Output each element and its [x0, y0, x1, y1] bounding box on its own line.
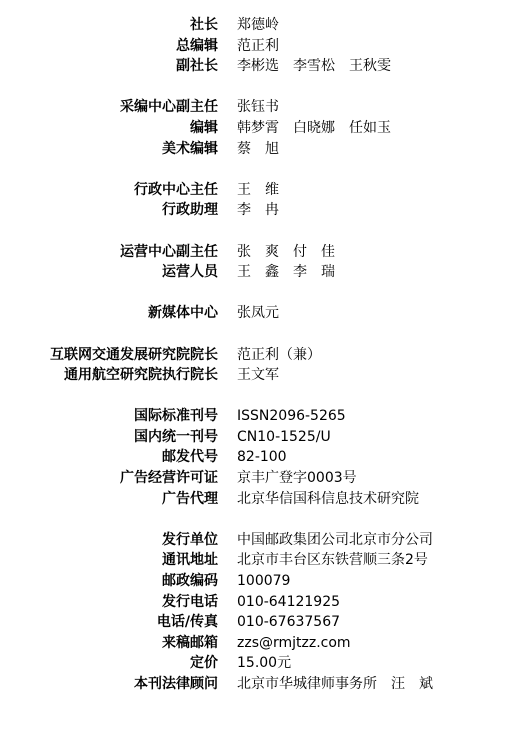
- field-label: 定价: [0, 653, 218, 674]
- field-label: 广告代理: [0, 489, 218, 510]
- leadership-section: 社长 郑德岭 总编辑 范正利 副社长 李彬选 李雪松 王秋雯: [0, 15, 527, 77]
- field-label: 编辑: [0, 118, 218, 139]
- admin-center-section: 行政中心主任 王 维 行政助理 李 冉: [0, 180, 527, 221]
- field-value: 范正利（兼）: [237, 345, 321, 366]
- field-label: 采编中心副主任: [0, 97, 218, 118]
- field-value: 15.00元: [237, 653, 291, 674]
- field-label: 发行电话: [0, 592, 218, 613]
- masthead-row: 运营中心副主任 张 爽 付 佳: [0, 242, 527, 263]
- field-value: 010-64121925: [237, 592, 340, 613]
- field-value: 郑德岭: [237, 15, 279, 36]
- field-value: 中国邮政集团公司北京市分公司: [237, 530, 433, 551]
- institutes-section: 互联网交通发展研究院院长 范正利（兼） 通用航空研究院执行院长 王文军: [0, 345, 527, 386]
- editorial-center-section: 采编中心副主任 张钰书 编辑 韩梦霄 白晓娜 任如玉 美术编辑 蔡 旭: [0, 97, 527, 159]
- field-value: 100079: [237, 571, 290, 592]
- field-value: 王文军: [237, 365, 279, 386]
- field-value: 82-100: [237, 447, 287, 468]
- field-label: 通用航空研究院执行院长: [0, 365, 218, 386]
- field-label: 总编辑: [0, 36, 218, 57]
- masthead-row: 国际标准刊号 ISSN2096-5265: [0, 406, 527, 427]
- masthead-row: 本刊法律顾问 北京市华城律师事务所 汪 斌: [0, 674, 527, 695]
- field-label: 社长: [0, 15, 218, 36]
- masthead-row: 国内统一刊号 CN10-1525/U: [0, 427, 527, 448]
- masthead-row: 广告经营许可证 京丰广登字0003号: [0, 468, 527, 489]
- field-label: 邮发代号: [0, 447, 218, 468]
- field-value: 王 鑫 李 瑞: [237, 262, 335, 283]
- field-value: 张 爽 付 佳: [237, 242, 335, 263]
- field-value: 张钰书: [237, 97, 279, 118]
- field-label: 发行单位: [0, 530, 218, 551]
- masthead-row: 总编辑 范正利: [0, 36, 527, 57]
- field-label: 广告经营许可证: [0, 468, 218, 489]
- publication-numbers-section: 国际标准刊号 ISSN2096-5265 国内统一刊号 CN10-1525/U …: [0, 406, 527, 509]
- operations-center-section: 运营中心副主任 张 爽 付 佳 运营人员 王 鑫 李 瑞: [0, 242, 527, 283]
- masthead-row: 发行电话 010-64121925: [0, 592, 527, 613]
- masthead-row: 来稿邮箱 zzs@rmjtzz.com: [0, 633, 527, 654]
- field-label: 行政助理: [0, 200, 218, 221]
- field-value: 张凤元: [237, 303, 279, 324]
- masthead-row: 副社长 李彬选 李雪松 王秋雯: [0, 56, 527, 77]
- masthead-row: 编辑 韩梦霄 白晓娜 任如玉: [0, 118, 527, 139]
- masthead-row: 行政助理 李 冉: [0, 200, 527, 221]
- field-label: 行政中心主任: [0, 180, 218, 201]
- field-label: 本刊法律顾问: [0, 674, 218, 695]
- field-value: ISSN2096-5265: [237, 406, 346, 427]
- field-value: 北京市丰台区东铁营顺三条2号: [237, 550, 428, 571]
- masthead-row: 行政中心主任 王 维: [0, 180, 527, 201]
- masthead-row: 邮发代号 82-100: [0, 447, 527, 468]
- field-value: zzs@rmjtzz.com: [237, 633, 351, 654]
- field-label: 国内统一刊号: [0, 427, 218, 448]
- masthead-row: 通讯地址 北京市丰台区东铁营顺三条2号: [0, 550, 527, 571]
- masthead-row: 电话/传真 010-67637567: [0, 612, 527, 633]
- field-value: CN10-1525/U: [237, 427, 331, 448]
- field-value: 李彬选 李雪松 王秋雯: [237, 56, 391, 77]
- field-label: 互联网交通发展研究院院长: [0, 345, 218, 366]
- field-label: 运营人员: [0, 262, 218, 283]
- masthead-row: 运营人员 王 鑫 李 瑞: [0, 262, 527, 283]
- field-value: 北京华信国科信息技术研究院: [237, 489, 419, 510]
- masthead-row: 发行单位 中国邮政集团公司北京市分公司: [0, 530, 527, 551]
- masthead-row: 定价 15.00元: [0, 653, 527, 674]
- field-value: 韩梦霄 白晓娜 任如玉: [237, 118, 391, 139]
- field-label: 电话/传真: [0, 612, 218, 633]
- field-label: 通讯地址: [0, 550, 218, 571]
- field-label: 副社长: [0, 56, 218, 77]
- field-label: 美术编辑: [0, 139, 218, 160]
- field-value: 蔡 旭: [237, 139, 279, 160]
- field-label: 邮政编码: [0, 571, 218, 592]
- field-value: 京丰广登字0003号: [237, 468, 357, 489]
- masthead-row: 广告代理 北京华信国科信息技术研究院: [0, 489, 527, 510]
- masthead-row: 社长 郑德岭: [0, 15, 527, 36]
- colophon-page: 社长 郑德岭 总编辑 范正利 副社长 李彬选 李雪松 王秋雯 采编中心副主任 张…: [0, 0, 527, 739]
- field-value: 李 冉: [237, 200, 279, 221]
- field-label: 来稿邮箱: [0, 633, 218, 654]
- masthead-row: 新媒体中心 张凤元: [0, 303, 527, 324]
- masthead-row: 互联网交通发展研究院院长 范正利（兼）: [0, 345, 527, 366]
- field-value: 范正利: [237, 36, 279, 57]
- masthead-row: 美术编辑 蔡 旭: [0, 139, 527, 160]
- field-label: 国际标准刊号: [0, 406, 218, 427]
- masthead-row: 邮政编码 100079: [0, 571, 527, 592]
- new-media-section: 新媒体中心 张凤元: [0, 303, 527, 324]
- field-value: 010-67637567: [237, 612, 340, 633]
- masthead-row: 通用航空研究院执行院长 王文军: [0, 365, 527, 386]
- field-label: 新媒体中心: [0, 303, 218, 324]
- field-value: 王 维: [237, 180, 279, 201]
- masthead-row: 采编中心副主任 张钰书: [0, 97, 527, 118]
- field-label: 运营中心副主任: [0, 242, 218, 263]
- field-value: 北京市华城律师事务所 汪 斌: [237, 674, 433, 695]
- distribution-contact-section: 发行单位 中国邮政集团公司北京市分公司 通讯地址 北京市丰台区东铁营顺三条2号 …: [0, 530, 527, 695]
